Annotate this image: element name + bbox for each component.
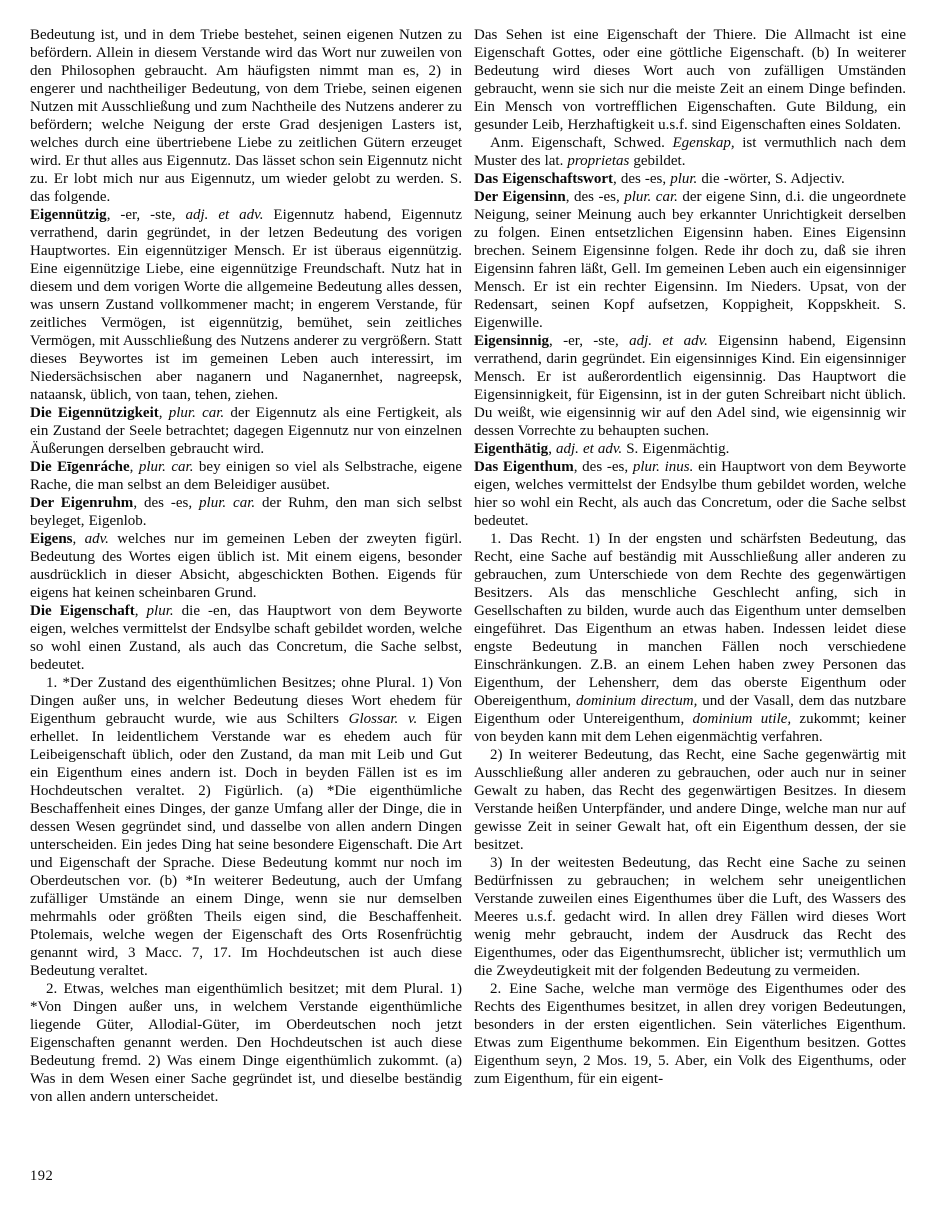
italic-term: Egenskap, [673, 135, 735, 151]
entry-paragraph: Anm. Eigenschaft, Schwed. Egenskap, ist … [474, 134, 906, 170]
entry-paragraph: 1. Das Recht. 1) In der engsten und schä… [474, 530, 906, 746]
body-text: , des -es, [566, 189, 624, 205]
entry-paragraph: 2) In weiterer Bedeutung, das Recht, ein… [474, 746, 906, 854]
italic-term: plur. car. [624, 189, 678, 205]
italic-term: plur. inus. [633, 459, 694, 475]
entry-paragraph: Das Sehen ist eine Eigenschaft der Thier… [474, 26, 906, 134]
entry-paragraph: Eigennützig, -er, -ste, adj. et adv. Eig… [30, 206, 462, 404]
body-text: , [159, 405, 169, 421]
italic-term: adv. [85, 531, 109, 547]
body-text: , des -es, [613, 171, 670, 187]
body-text: , -er, -ste, [107, 207, 186, 223]
left-column: Bedeutung ist, und in dem Triebe bestehe… [30, 26, 462, 1106]
italic-term: plur. [670, 171, 697, 187]
headword: Eigenthätig [474, 441, 548, 457]
entry-paragraph: Der Eigensinn, des -es, plur. car. der e… [474, 188, 906, 332]
page-number: 192 [30, 1168, 53, 1185]
entry-paragraph: Die Eīgenráche, plur. car. bey einigen s… [30, 458, 462, 494]
body-text: der eigene Sinn, d.i. die ungeordnete Ne… [474, 189, 906, 331]
headword: Eigennützig [30, 207, 107, 223]
italic-term: dominium directum, [576, 693, 697, 709]
headword: Die Eigenschaft [30, 603, 135, 619]
body-text: , des -es, [133, 495, 199, 511]
italic-term: adj. et adv. [629, 333, 708, 349]
text-columns: Bedeutung ist, und in dem Triebe bestehe… [30, 26, 906, 1106]
body-text: Eigennutz habend, Eigennutz verrathend, … [30, 207, 462, 403]
italic-term: dominium utile, [692, 711, 791, 727]
body-text: Bedeutung ist, und in dem Triebe bestehe… [30, 27, 462, 205]
headword: Der Eigensinn [474, 189, 566, 205]
italic-term: plur. car. [169, 405, 224, 421]
dictionary-page: Bedeutung ist, und in dem Triebe bestehe… [0, 0, 935, 1210]
entry-paragraph: 2. Eine Sache, welche man vermöge des Ei… [474, 980, 906, 1088]
body-text: gebildet. [629, 153, 685, 169]
entry-paragraph: Bedeutung ist, und in dem Triebe bestehe… [30, 26, 462, 206]
entry-paragraph: Eigensinnig, -er, -ste, adj. et adv. Eig… [474, 332, 906, 440]
body-text: Anm. Eigenschaft, Schwed. [490, 135, 673, 151]
entry-paragraph: 2. Etwas, welches man eigenthümlich besi… [30, 980, 462, 1106]
body-text: Das Sehen ist eine Eigenschaft der Thier… [474, 27, 906, 133]
headword: Eigensinnig [474, 333, 549, 349]
entry-paragraph: Das Eigenschaftswort, des -es, plur. die… [474, 170, 906, 188]
entry-paragraph: 3) In der weitesten Bedeutung, das Recht… [474, 854, 906, 980]
italic-term: adj. et adv. [186, 207, 264, 223]
entry-paragraph: Die Eigennützigkeit, plur. car. der Eige… [30, 404, 462, 458]
body-text: S. Eigenmächtig. [622, 441, 729, 457]
body-text: Eigen erhellet. In leidentlichem Verstan… [30, 711, 462, 979]
italic-term: proprietas [567, 153, 629, 169]
italic-term: plur. car. [199, 495, 255, 511]
body-text: , des -es, [574, 459, 633, 475]
body-text: 1. Das Recht. 1) In der engsten und schä… [474, 531, 906, 709]
entry-paragraph: Das Eigenthum, des -es, plur. inus. ein … [474, 458, 906, 530]
headword: Das Eigenthum [474, 459, 574, 475]
body-text: , -er, -ste, [549, 333, 629, 349]
body-text: , [130, 459, 139, 475]
entry-paragraph: Eigens, adv. welches nur im gemeinen Leb… [30, 530, 462, 602]
entry-paragraph: Der Eigenruhm, des -es, plur. car. der R… [30, 494, 462, 530]
body-text: 2. Eine Sache, welche man vermöge des Ei… [474, 981, 906, 1087]
body-text: 2. Etwas, welches man eigenthümlich besi… [30, 981, 462, 1105]
body-text: 2) In weiterer Bedeutung, das Recht, ein… [474, 747, 906, 853]
body-text: 3) In der weitesten Bedeutung, das Recht… [474, 855, 906, 979]
italic-term: plur. [147, 603, 174, 619]
headword: Die Eīgenráche [30, 459, 130, 475]
entry-paragraph: Die Eigenschaft, plur. die -en, das Haup… [30, 602, 462, 674]
italic-term: plur. car. [139, 459, 194, 475]
body-text: die -wörter, S. Adjectiv. [697, 171, 845, 187]
entry-paragraph: 1. *Der Zustand des eigenthümlichen Besi… [30, 674, 462, 980]
italic-term: adj. et adv. [556, 441, 622, 457]
right-column: Das Sehen ist eine Eigenschaft der Thier… [474, 26, 906, 1106]
body-text: , [548, 441, 556, 457]
headword: Das Eigenschaftswort [474, 171, 613, 187]
headword: Eigens [30, 531, 73, 547]
entry-paragraph: Eigenthätig, adj. et adv. S. Eigenmächti… [474, 440, 906, 458]
body-text: , [73, 531, 85, 547]
headword: Der Eigenruhm [30, 495, 133, 511]
italic-term: Glossar. v. [349, 711, 418, 727]
body-text: , [135, 603, 147, 619]
headword: Die Eigennützigkeit [30, 405, 159, 421]
